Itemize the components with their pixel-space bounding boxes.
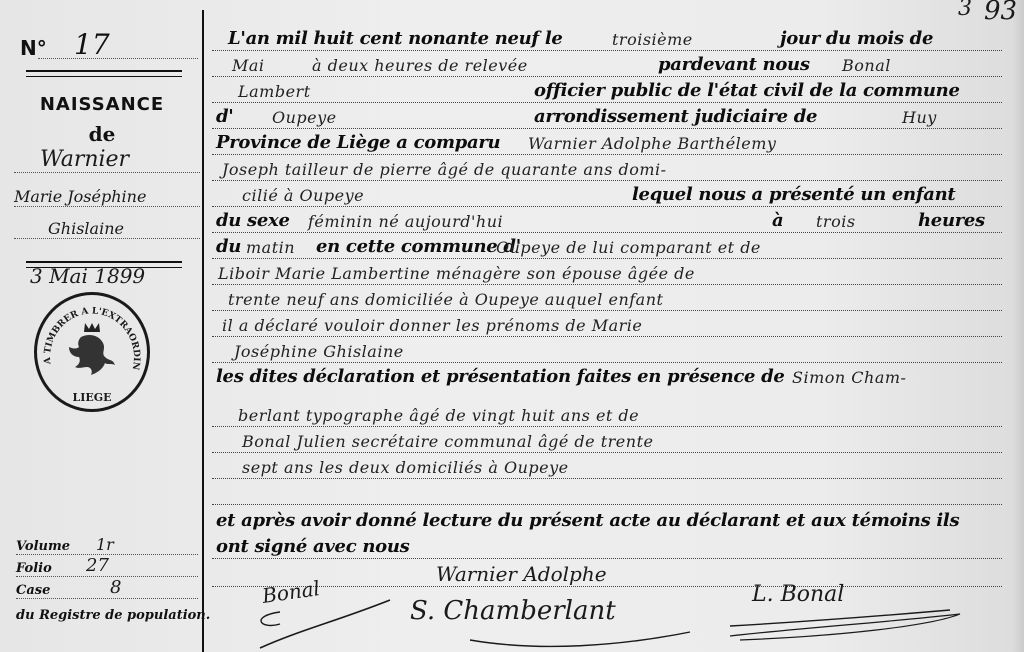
handwritten-entry: Oupeye de lui comparant et de <box>496 238 761 257</box>
handwritten-entry: Mai <box>232 56 265 75</box>
civil-registry-page: 3 93 N° 17 NAISSANCE de Warnier Marie Jo… <box>0 0 1024 652</box>
margin-given-names-line-2: Ghislaine <box>14 216 200 239</box>
act-number-value: 17 <box>74 28 110 61</box>
printed-text: du <box>216 236 241 257</box>
handwritten-entry: trente neuf ans domiciliée à Oupeye auqu… <box>228 290 663 309</box>
act-line-19: et après avoir donné lecture du présent … <box>212 506 1002 532</box>
register-case-label: Case <box>16 583 50 598</box>
act-line-7: cilié à Oupeye lequel nous a présenté un… <box>212 180 1002 207</box>
handwritten-entry: Simon Cham- <box>792 368 906 387</box>
register-folio-label: Folio <box>16 561 52 576</box>
column-divider <box>202 10 204 652</box>
act-line-14: les dites déclaration et présentation fa… <box>212 362 1002 388</box>
register-footer: du Registre de population. <box>16 608 210 623</box>
handwritten-entry: sept ans les deux domiciliés à Oupeye <box>242 458 569 477</box>
handwritten-entry: à deux heures de relevée <box>312 56 528 75</box>
handwritten-entry: il a déclaré vouloir donner les prénoms … <box>222 316 642 335</box>
printed-text: lequel nous a présenté un enfant <box>632 184 955 205</box>
printed-text: du sexe <box>216 210 290 231</box>
margin-given-names-line-1: Marie Joséphine <box>14 184 200 207</box>
act-line-10: Liboir Marie Lambertine ménagère son épo… <box>212 258 1002 285</box>
act-line-1: L'an mil huit cent nonante neuf le trois… <box>212 24 1002 51</box>
margin-surname-line: Warnier <box>14 150 200 173</box>
printed-text: L'an mil huit cent nonante neuf le <box>228 28 563 49</box>
printed-text: en cette commune d' <box>316 236 521 257</box>
handwritten-entry: Liboir Marie Lambertine ménagère son épo… <box>218 264 695 283</box>
margin-date-note: 3 Mai 1899 <box>30 264 145 288</box>
handwritten-entry: Joseph tailleur de pierre âgé de quarant… <box>222 160 667 179</box>
crowned-lion-icon <box>65 319 119 381</box>
act-line-15: berlant typographe âgé de vingt huit ans… <box>212 400 1002 427</box>
signature-flourishes <box>240 560 1020 652</box>
handwritten-entry: Huy <box>902 108 937 127</box>
handwritten-entry: troisième <box>612 30 693 49</box>
act-line-6: Joseph tailleur de pierre âgé de quarant… <box>212 154 1002 181</box>
record-type-de: de <box>22 122 182 146</box>
act-line-3: Lambert officier public de l'état civil … <box>212 76 1002 103</box>
margin-double-rule <box>26 70 182 77</box>
printed-text: officier public de l'état civil de la co… <box>534 80 960 101</box>
handwritten-entry: cilié à Oupeye <box>242 186 364 205</box>
record-type-title: NAISSANCE <box>22 94 182 115</box>
handwritten-entry: trois <box>816 212 856 231</box>
act-line-17: sept ans les deux domiciliés à Oupeye <box>212 452 1002 479</box>
act-line-2: Mai à deux heures de relevée pardevant n… <box>212 50 1002 77</box>
folio-mark-b: 93 <box>984 0 1017 26</box>
act-line-9: du matin en cette commune d' Oupeye de l… <box>212 232 1002 259</box>
handwritten-entry: Bonal <box>842 56 891 75</box>
handwritten-entry: matin <box>246 238 295 257</box>
printed-text: heures <box>918 210 985 231</box>
act-number-label: N° <box>20 36 47 60</box>
page-edge-shadow <box>1012 0 1024 652</box>
register-case-value: 8 <box>110 577 121 598</box>
printed-text: ont signé avec nous <box>216 536 409 557</box>
register-volume-value: 1r <box>96 535 114 554</box>
handwritten-entry: féminin né aujourd'hui <box>308 212 503 231</box>
act-line-5: Province de Liège a comparu Warnier Adol… <box>212 128 1002 155</box>
act-line-13: Joséphine Ghislaine <box>212 336 1002 363</box>
handwritten-entry: Bonal Julien secrétaire communal âgé de … <box>242 432 653 451</box>
act-line-11: trente neuf ans domiciliée à Oupeye auqu… <box>212 284 1002 311</box>
printed-text: et après avoir donné lecture du présent … <box>216 510 959 531</box>
act-number-dotted-line <box>38 58 198 59</box>
register-case-line: Case 8 <box>16 578 198 599</box>
printed-text: les dites déclaration et présentation fa… <box>216 366 785 387</box>
act-line-8: du sexe féminin né aujourd'hui à trois h… <box>212 206 1002 233</box>
act-line-12: il a déclaré vouloir donner les prénoms … <box>212 310 1002 337</box>
act-line-20: ont signé avec nous <box>212 532 1002 559</box>
margin-surname: Warnier <box>40 147 129 172</box>
margin-given-names-2: Ghislaine <box>48 219 124 238</box>
register-volume-label: Volume <box>16 539 70 554</box>
register-volume-line: Volume 1r <box>16 534 198 555</box>
liege-stamp: A TIMBRER A L'EXTRAORDINAIRE LIEGE <box>34 292 150 412</box>
folio-mark-a: 3 <box>958 0 972 21</box>
printed-text: arrondissement judiciaire de <box>534 106 817 127</box>
register-folio-value: 27 <box>86 555 109 576</box>
printed-text: d' <box>216 106 234 127</box>
handwritten-entry: Joséphine Ghislaine <box>234 342 404 361</box>
svg-text:LIEGE: LIEGE <box>72 391 111 404</box>
handwritten-entry: Lambert <box>238 82 311 101</box>
handwritten-entry: Oupeye <box>272 108 337 127</box>
printed-text: jour du mois de <box>780 28 933 49</box>
margin-given-names-1: Marie Joséphine <box>14 187 146 206</box>
act-line-4: d' Oupeye arrondissement judiciaire de H… <box>212 102 1002 129</box>
act-line-18 <box>212 478 1002 505</box>
printed-text: à <box>772 210 783 231</box>
printed-text: pardevant nous <box>658 54 810 75</box>
handwritten-entry: berlant typographe âgé de vingt huit ans… <box>238 406 639 425</box>
register-folio-line: Folio 27 <box>16 556 198 577</box>
act-line-16: Bonal Julien secrétaire communal âgé de … <box>212 426 1002 453</box>
handwritten-entry: Warnier Adolphe Barthélemy <box>528 134 776 153</box>
printed-text: Province de Liège a comparu <box>216 132 500 153</box>
